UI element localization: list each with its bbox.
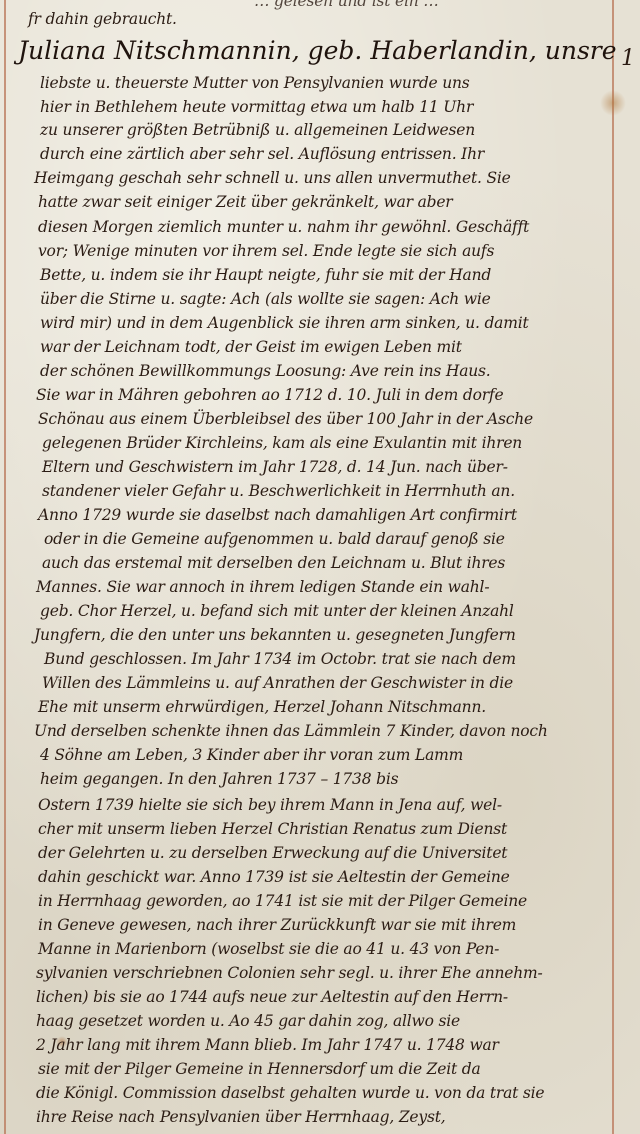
text-line: fr dahin gebraucht.	[28, 10, 177, 28]
manuscript-page: 1 … gelesen und ist ein … fr dahin gebra…	[0, 0, 640, 1134]
text-line: Ehe mit unserm ehrwürdigen, Herzel Johan…	[38, 698, 486, 716]
text-line: der schönen Bewillkommungs Loosung: Ave …	[40, 362, 491, 380]
text-line: Willen des Lämmleins u. auf Anrathen der…	[42, 674, 513, 692]
text-line: ihre Reise nach Pensylvanien über Herrnh…	[36, 1108, 445, 1126]
text-line: auch das erstemal mit derselben den Leic…	[42, 554, 505, 572]
text-line: sie mit der Pilger Gemeine in Hennersdor…	[38, 1060, 481, 1078]
text-line: war der Leichnam todt, der Geist im ewig…	[40, 338, 462, 356]
text-line: in Herrnhaag geworden, ao 1741 ist sie m…	[38, 892, 527, 910]
text-line: über die Stirne u. sagte: Ach (als wollt…	[40, 290, 491, 308]
text-line: Und derselben schenkte ihnen das Lämmlei…	[34, 722, 548, 740]
text-line: liebste u. theuerste Mutter von Pensylva…	[40, 74, 470, 92]
left-margin-rule	[4, 0, 6, 1134]
text-line: zu unserer größten Betrübniß u. allgemei…	[40, 121, 475, 139]
text-line: der Gelehrten u. zu derselben Erweckung …	[38, 844, 507, 862]
text-line: Bette, u. indem sie ihr Haupt neigte, fu…	[40, 266, 491, 284]
page-number: 1	[621, 46, 635, 71]
text-line: geb. Chor Herzel, u. befand sich mit unt…	[40, 602, 514, 620]
right-margin-rule	[612, 0, 614, 1134]
text-line: in Geneve gewesen, nach ihrer Zurückkunf…	[38, 916, 516, 934]
text-line: Mannes. Sie war annoch in ihrem ledigen …	[36, 578, 489, 596]
text-line: Bund geschlossen. Im Jahr 1734 im Octobr…	[44, 650, 516, 668]
text-line: 4 Söhne am Leben, 3 Kinder aber ihr vora…	[40, 746, 463, 764]
text-line: Ostern 1739 hielte sie sich bey ihrem Ma…	[38, 796, 502, 814]
text-line: hatte zwar seit einiger Zeit über gekrän…	[38, 193, 453, 211]
title-line: Juliana Nitschmannin, geb. Haberlandin, …	[18, 36, 617, 65]
text-line: oder in die Gemeine aufgenommen u. bald …	[44, 530, 505, 548]
text-line: diesen Morgen ziemlich munter u. nahm ih…	[38, 218, 529, 236]
text-line: lichen) bis sie ao 1744 aufs neue zur Ae…	[36, 988, 508, 1006]
ink-stain	[600, 90, 626, 116]
text-line: 2 Jahr lang mit ihrem Mann blieb. Im Jah…	[36, 1036, 499, 1054]
text-line: durch eine zärtlich aber sehr sel. Auflö…	[40, 145, 484, 163]
cut-off-line: … gelesen und ist ein …	[254, 0, 439, 10]
text-line: die Königl. Commission daselbst gehalten…	[36, 1084, 544, 1102]
text-line: haag gesetzet worden u. Ao 45 gar dahin …	[36, 1012, 460, 1030]
text-line: Eltern und Geschwistern im Jahr 1728, d.…	[42, 458, 508, 476]
text-line: gelegenen Brüder Kirchleins, kam als ein…	[42, 434, 522, 452]
text-line: Schönau aus einem Überbleibsel des über …	[38, 410, 533, 428]
text-line: Heimgang geschah sehr schnell u. uns all…	[34, 169, 511, 187]
text-line: vor; Wenige minuten vor ihrem sel. Ende …	[38, 242, 494, 260]
text-line: Anno 1729 wurde sie daselbst nach damahl…	[38, 506, 517, 524]
text-line: hier in Bethlehem heute vormittag etwa u…	[40, 98, 473, 116]
text-line: Manne in Marienborn (woselbst sie die ao…	[38, 940, 499, 958]
text-line: heim gegangen. In den Jahren 1737 – 1738…	[40, 770, 398, 788]
text-line: dahin geschickt war. Anno 1739 ist sie A…	[38, 868, 510, 886]
text-line: sylvanien verschriebnen Colonien sehr se…	[36, 964, 543, 982]
text-line: cher mit unserm lieben Herzel Christian …	[38, 820, 507, 838]
text-line: standener vieler Gefahr u. Beschwerlichk…	[42, 482, 515, 500]
text-line: Jungfern, die den unter uns bekannten u.…	[34, 626, 516, 644]
text-line: wird mir) und in dem Augenblick sie ihre…	[40, 314, 529, 332]
text-line: Sie war in Mähren gebohren ao 1712 d. 10…	[36, 386, 503, 404]
